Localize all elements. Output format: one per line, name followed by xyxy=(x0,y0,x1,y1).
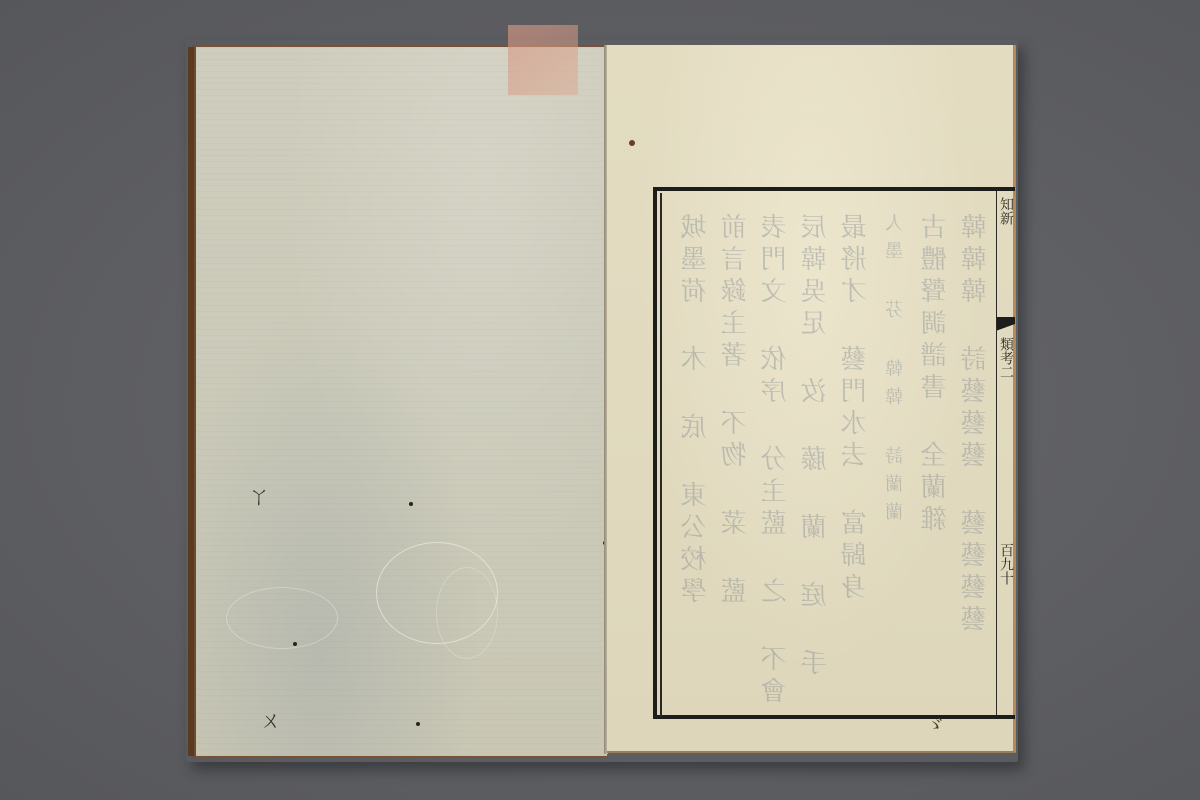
ink-speck xyxy=(293,642,297,646)
show-through-column: 表門文 依序 分主藍 之 不會 xyxy=(759,213,793,703)
show-through-text: 韓韓韓 詩藝藝藝 藝藝藝藝 古體聲調譜書 全蘭雜 人墨 芬 韓韓 詩蘭蘭 最將才… xyxy=(671,213,993,703)
paper-stain xyxy=(508,25,578,95)
fold-column-volume: 類考二 xyxy=(998,337,1014,379)
show-through-column: 韓韓韓 詩藝藝藝 藝藝藝藝 xyxy=(959,213,993,703)
paper-fiber xyxy=(226,587,338,649)
frame-inner-rule xyxy=(660,193,662,717)
ink-mark: ゞ xyxy=(925,709,945,738)
show-through-column: 辰韓吳足 汝 藤 蘭 庭 手 xyxy=(799,213,833,703)
show-through-column: 人墨 芬 韓韓 詩蘭蘭 xyxy=(879,213,913,703)
paper-fiber xyxy=(436,567,498,659)
ink-mark: ㄨ xyxy=(260,711,282,733)
fold-column-page-number: 百九十 xyxy=(998,543,1014,585)
fishtail-mark xyxy=(997,317,1015,334)
book-scan: ㄚ ㄨ 韓韓韓 詩藝藝藝 藝藝藝藝 古體聲調譜書 全蘭雜 人墨 芬 韓韓 詩蘭蘭… xyxy=(0,0,1200,800)
ink-speck xyxy=(409,502,413,506)
right-printed-page: 韓韓韓 詩藝藝藝 藝藝藝藝 古體聲調譜書 全蘭雜 人墨 芬 韓韓 詩蘭蘭 最將才… xyxy=(607,45,1016,753)
show-through-column: 前言錄主著 不物 菜 藍 xyxy=(719,213,753,703)
ink-mark: ㄚ xyxy=(248,487,270,509)
show-through-column: 古體聲調譜書 全蘭雜 xyxy=(919,213,953,703)
show-through-column: 最將才 藝門水去 富歸身 xyxy=(839,213,873,703)
cover-edge xyxy=(188,47,194,756)
show-through-column: 城墨荷 木 底 東公校學 xyxy=(679,213,713,703)
print-frame: 韓韓韓 詩藝藝藝 藝藝藝藝 古體聲調譜書 全蘭雜 人墨 芬 韓韓 詩蘭蘭 最將才… xyxy=(653,187,1015,719)
fold-column-title: 知新 xyxy=(998,197,1014,225)
fold-column: 知新 類考二 百九十 xyxy=(996,191,1015,715)
ink-speck xyxy=(629,140,635,146)
ink-speck xyxy=(416,722,420,726)
left-endpaper: ㄚ ㄨ xyxy=(193,45,607,758)
